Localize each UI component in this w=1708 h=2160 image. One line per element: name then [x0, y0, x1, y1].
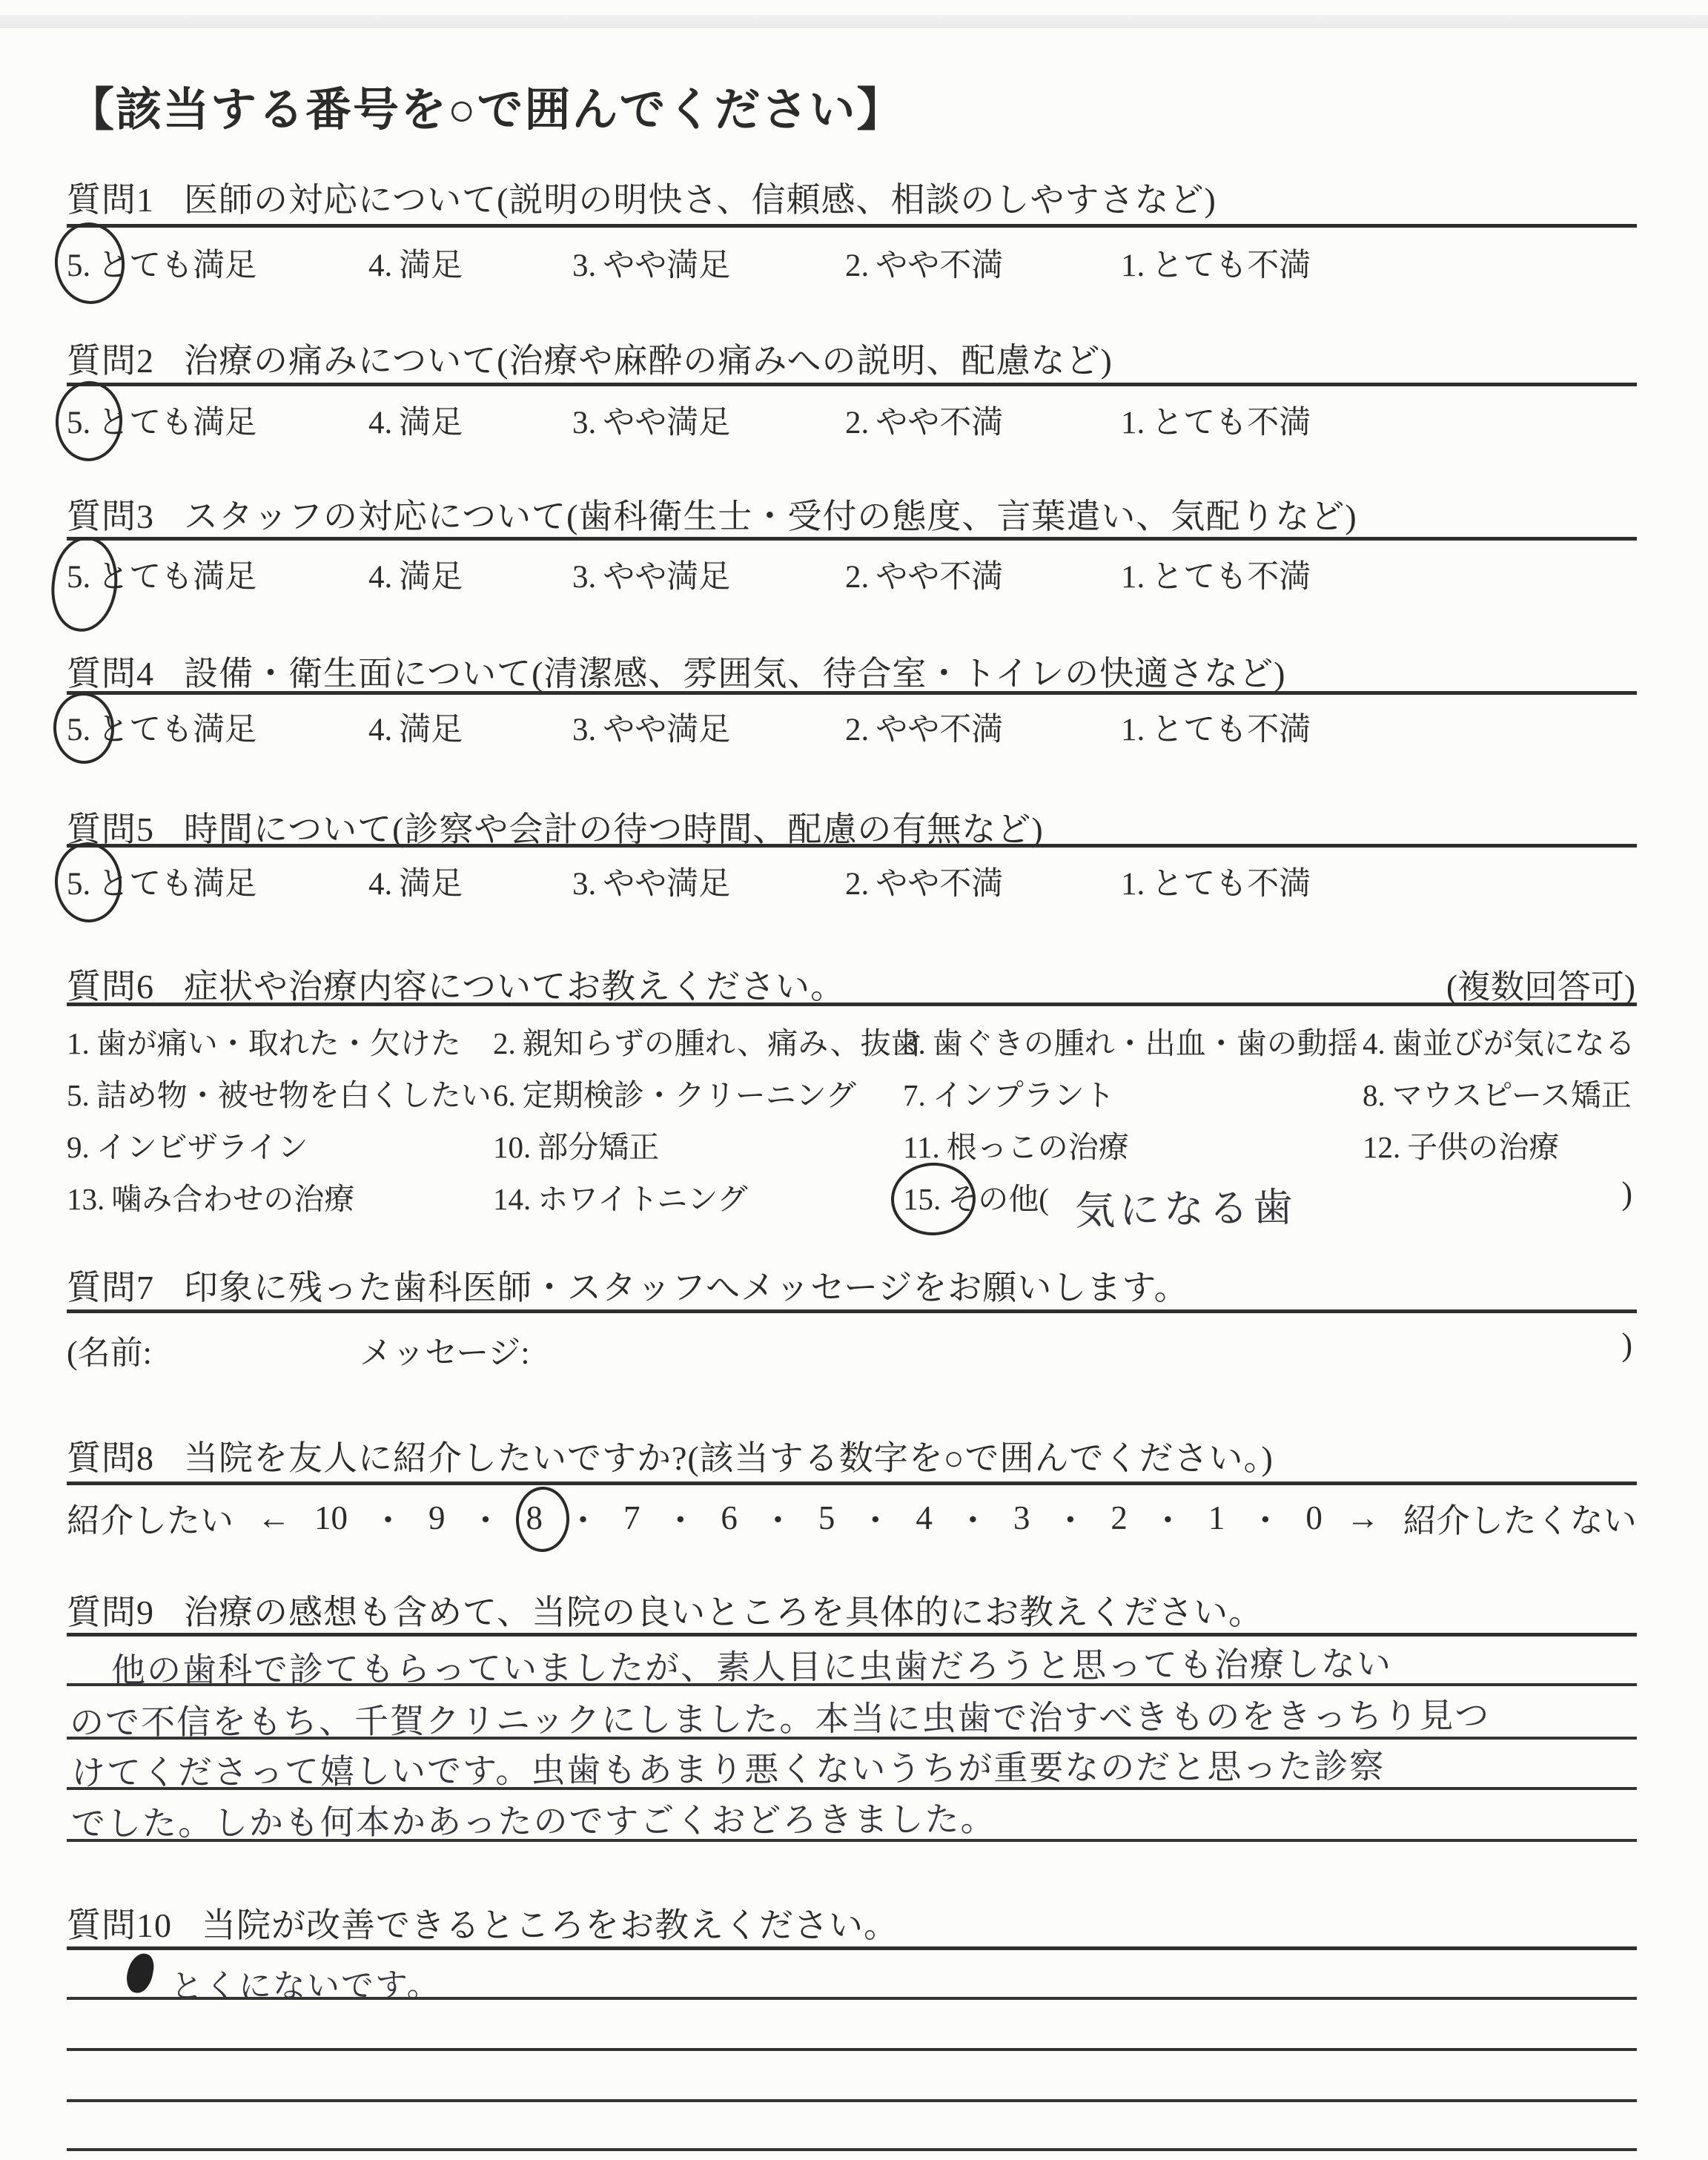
question6-divider: [67, 1003, 1637, 1006]
question3-divider: [67, 537, 1637, 541]
question2-option-2: 2.やや不満: [845, 397, 1003, 443]
question9-handwritten-line-1: 他の歯科で診てもらっていましたが、素人目に虫歯だろうと思っても治療しない: [111, 1636, 1392, 1692]
dot-separator: ・: [1248, 1493, 1282, 1542]
question2-divider: [67, 383, 1637, 386]
question9-handwritten-line-4: でした。しかも何本かあったのですごくおどろきました。: [71, 1792, 996, 1846]
question5-option-5: 5.とても満足: [67, 859, 256, 904]
question4-option-2: 2.やや不満: [845, 704, 1003, 750]
answer-line: [67, 2148, 1637, 2151]
question6-item-1: 1.歯が痛い・取れた・欠けた: [67, 1019, 461, 1063]
question6-item-10: 10.部分矯正: [493, 1123, 659, 1166]
question6-item-5: 5.詰め物・被せ物を白くしたい: [67, 1071, 491, 1114]
question9-number: 質問9: [67, 1593, 154, 1631]
question6-item-11: 11.根っこの治療: [903, 1123, 1129, 1166]
question6-item-4: 4.歯並びが気になる: [1363, 1019, 1635, 1063]
question6-text: 症状や治療内容についてお教えください。: [184, 968, 845, 1005]
question6-note: (複数回答可): [1446, 960, 1635, 1008]
answer-line: [67, 2048, 1637, 2051]
question4-option-3: 3.やや満足: [572, 704, 730, 750]
question1-text: 医師の対応について(説明の明快さ、信頼感、相談のしやすさなど): [184, 181, 1217, 219]
question6-item-14: 14.ホワイトニング: [493, 1175, 748, 1218]
question8-scale-2: 2: [1110, 1499, 1128, 1537]
question10-handwritten-answer: とくにないです。: [171, 1958, 441, 2007]
question5-number: 質問5: [67, 810, 154, 848]
question4-text: 設備・衛生面について(清潔感、雰囲気、待合室・トイレの快適さなど): [184, 655, 1285, 693]
dot-separator: ・: [663, 1493, 697, 1542]
question10-number: 質問10: [67, 1906, 172, 1944]
question10-text: 当院が改善できるところをお教えください。: [202, 1906, 898, 1944]
question1-title: 質問1医師の対応について(説明の明快さ、信頼感、相談のしやすさなど): [67, 173, 1217, 222]
question8-left-label: 紹介したい: [67, 1493, 234, 1542]
question6-item-8: 8.マウスピース矯正: [1363, 1071, 1632, 1114]
dot-separator: ・: [761, 1493, 795, 1542]
question3-option-5: 5.とても満足: [67, 552, 256, 597]
question2-option-1: 1.とても不満: [1121, 397, 1311, 443]
dot-separator: ・: [1151, 1493, 1185, 1542]
question6-row-4: 13.噛み合わせの治療 14.ホワイトニング 15.その他( 気になる歯 ): [67, 1175, 1637, 1222]
question6-item-12: 12.子供の治療: [1363, 1123, 1559, 1166]
question5-options: 5.とても満足 4.満足 3.やや満足 2.やや不満 1.とても不満: [67, 859, 1637, 905]
question6-other-handwritten-answer: 気になる歯: [1074, 1175, 1297, 1236]
dot-separator: ・: [1053, 1493, 1087, 1542]
question2-option-3: 3.やや満足: [572, 397, 730, 443]
scan-edge-band: [0, 15, 1708, 28]
question7-answer-row: (名前: メッセージ: ): [67, 1326, 1637, 1370]
question5-option-2: 2.やや不満: [845, 859, 1003, 904]
page-title: 【該当する番号を○で囲んでください】: [68, 73, 904, 139]
question8-scale-8: 8: [526, 1499, 543, 1537]
question3-option-3: 3.やや満足: [572, 552, 730, 597]
question10-title: 質問10当院が改善できるところをお教えください。: [67, 1898, 898, 1947]
question9-text: 治療の感想も含めて、当院の良いところを具体的にお教えください。: [184, 1593, 1263, 1631]
question7-text: 印象に残った歯科医師・スタッフへメッセージをお願いします。: [184, 1269, 1189, 1307]
question8-title: 質問8当院を友人に紹介したいですか?(該当する数字を○で囲んでください。): [67, 1431, 1274, 1480]
right-arrow-icon: →: [1346, 1499, 1380, 1537]
question7-title: 質問7印象に残った歯科医師・スタッフへメッセージをお願いします。: [67, 1261, 1189, 1309]
question3-number: 質問3: [67, 498, 154, 535]
question3-options: 5.とても満足 4.満足 3.やや満足 2.やや不満 1.とても不満: [67, 552, 1637, 598]
question4-option-5: 5.とても満足: [67, 704, 256, 750]
question3-title: 質問3スタッフの対応について(歯科衛生士・受付の態度、言葉遣い、気配りなど): [67, 489, 1357, 538]
question5-option-4: 4.満足: [368, 859, 463, 904]
ink-scribble: [125, 1951, 156, 1995]
question1-options: 5.とても満足 4.満足 3.やや満足 2.やや不満 1.とても不満: [67, 240, 1637, 286]
question7-divider: [67, 1309, 1637, 1313]
question4-title: 質問4設備・衛生面について(清潔感、雰囲気、待合室・トイレの快適さなど): [67, 647, 1285, 696]
question9-divider: [67, 1633, 1637, 1636]
question2-number: 質問2: [67, 342, 154, 380]
question7-number: 質問7: [67, 1269, 154, 1307]
question7-message-label: メッセージ:: [360, 1326, 530, 1373]
question4-option-1: 1.とても不満: [1121, 704, 1311, 750]
question1-divider: [67, 224, 1637, 228]
dot-separator: ・: [566, 1493, 600, 1542]
question6-item-7: 7.インプラント: [903, 1071, 1115, 1114]
question1-option-4: 4.満足: [368, 240, 463, 285]
question8-scale-5: 5: [818, 1499, 835, 1537]
question8-scale-4: 4: [916, 1499, 933, 1537]
question6-item-2: 2.親知らずの腫れ、痛み、抜歯: [493, 1019, 921, 1063]
question3-option-4: 4.満足: [368, 552, 463, 597]
question6-item-15: 15.その他(: [903, 1175, 1049, 1218]
question1-number: 質問1: [67, 181, 154, 219]
dot-separator: ・: [469, 1493, 502, 1542]
question4-options: 5.とても満足 4.満足 3.やや満足 2.やや不満 1.とても不満: [67, 704, 1637, 750]
question8-scale-6: 6: [721, 1499, 738, 1537]
question4-divider: [67, 691, 1637, 695]
question1-option-2: 2.やや不満: [845, 240, 1003, 285]
question6-item-13: 13.噛み合わせの治療: [67, 1175, 354, 1218]
question5-text: 時間について(診察や会計の待つ時間、配慮の有無など): [184, 810, 1044, 848]
question6-item-3: 3.歯ぐきの腫れ・出血・歯の動揺: [903, 1019, 1358, 1063]
question8-scale-7: 7: [623, 1499, 640, 1537]
question6-row-1: 1.歯が痛い・取れた・欠けた 2.親知らずの腫れ、痛み、抜歯 3.歯ぐきの腫れ・…: [67, 1019, 1637, 1066]
question8-scale-9: 9: [428, 1499, 446, 1537]
question2-option-4: 4.満足: [368, 397, 463, 443]
question3-option-1: 1.とても不満: [1121, 552, 1311, 597]
question3-option-2: 2.やや不満: [845, 552, 1003, 597]
question7-name-label: (名前:: [67, 1326, 152, 1373]
question6-row-3: 9.インビザライン 10.部分矯正 11.根っこの治療 12.子供の治療: [67, 1123, 1637, 1170]
question10-divider: [67, 1946, 1637, 1950]
dot-separator: ・: [858, 1493, 892, 1542]
question6-item-6: 6.定期検診・クリーニング: [493, 1071, 856, 1114]
question8-number: 質問8: [67, 1439, 154, 1477]
question6-close-paren: ): [1621, 1175, 1632, 1212]
question8-scale-0: 0: [1305, 1499, 1323, 1537]
question6-row-2: 5.詰め物・被せ物を白くしたい 6.定期検診・クリーニング 7.インプラント 8…: [67, 1071, 1637, 1118]
question7-close-paren: ): [1621, 1326, 1632, 1364]
question2-text: 治療の痛みについて(治療や麻酔の痛みへの説明、配慮など): [184, 342, 1113, 380]
question2-title: 質問2治療の痛みについて(治療や麻酔の痛みへの説明、配慮など): [67, 334, 1113, 383]
question8-scale-row: 紹介したい ← 10 ・ 9 ・ 8 ・ 7 ・ 6 ・ 5 ・ 4 ・ 3 ・…: [67, 1493, 1637, 1542]
question1-option-5: 5.とても満足: [67, 240, 256, 285]
answer-line: [67, 2099, 1637, 2102]
question6-item-9: 9.インビザライン: [67, 1123, 308, 1166]
question9-title: 質問9治療の感想も含めて、当院の良いところを具体的にお教えください。: [67, 1585, 1263, 1634]
question8-divider: [67, 1482, 1637, 1485]
question8-scale-3: 3: [1013, 1499, 1030, 1537]
question2-options: 5.とても満足 4.満足 3.やや満足 2.やや不満 1.とても不満: [67, 397, 1637, 443]
question5-divider: [67, 844, 1637, 848]
question5-option-3: 3.やや満足: [572, 859, 730, 904]
question2-option-5: 5.とても満足: [67, 397, 256, 443]
question8-scale-10: 10: [314, 1499, 348, 1537]
question5-option-1: 1.とても不満: [1121, 859, 1311, 904]
question1-option-1: 1.とても不満: [1121, 240, 1311, 285]
question8-text: 当院を友人に紹介したいですか?(該当する数字を○で囲んでください。): [184, 1439, 1274, 1477]
question8-scale-1: 1: [1208, 1499, 1225, 1537]
question6-title: 質問6症状や治療内容についてお教えください。: [67, 960, 845, 1008]
question6-number: 質問6: [67, 968, 154, 1005]
question1-option-3: 3.やや満足: [572, 240, 730, 285]
dot-separator: ・: [371, 1493, 405, 1542]
dot-separator: ・: [956, 1493, 990, 1542]
survey-page: 【該当する番号を○で囲んでください】 質問1医師の対応について(説明の明快さ、信…: [0, 0, 1708, 2160]
left-arrow-icon: ←: [257, 1499, 291, 1537]
handwritten-circle: [515, 1485, 571, 1552]
question4-number: 質問4: [67, 655, 154, 693]
question4-option-4: 4.満足: [368, 704, 463, 750]
question9-handwritten-line-3: けてくださって嬉しいです。虫歯もあまり悪くないうちが重要なのだと思った診察: [71, 1739, 1386, 1794]
question3-text: スタッフの対応について(歯科衛生士・受付の態度、言葉遣い、気配りなど): [184, 498, 1357, 535]
question9-handwritten-line-2: ので不信をもち、千賀クリニックにしました。本当に虫歯で治すべきものをきっちり見つ: [70, 1688, 1491, 1745]
question8-right-label: 紹介したくない: [1403, 1493, 1637, 1542]
